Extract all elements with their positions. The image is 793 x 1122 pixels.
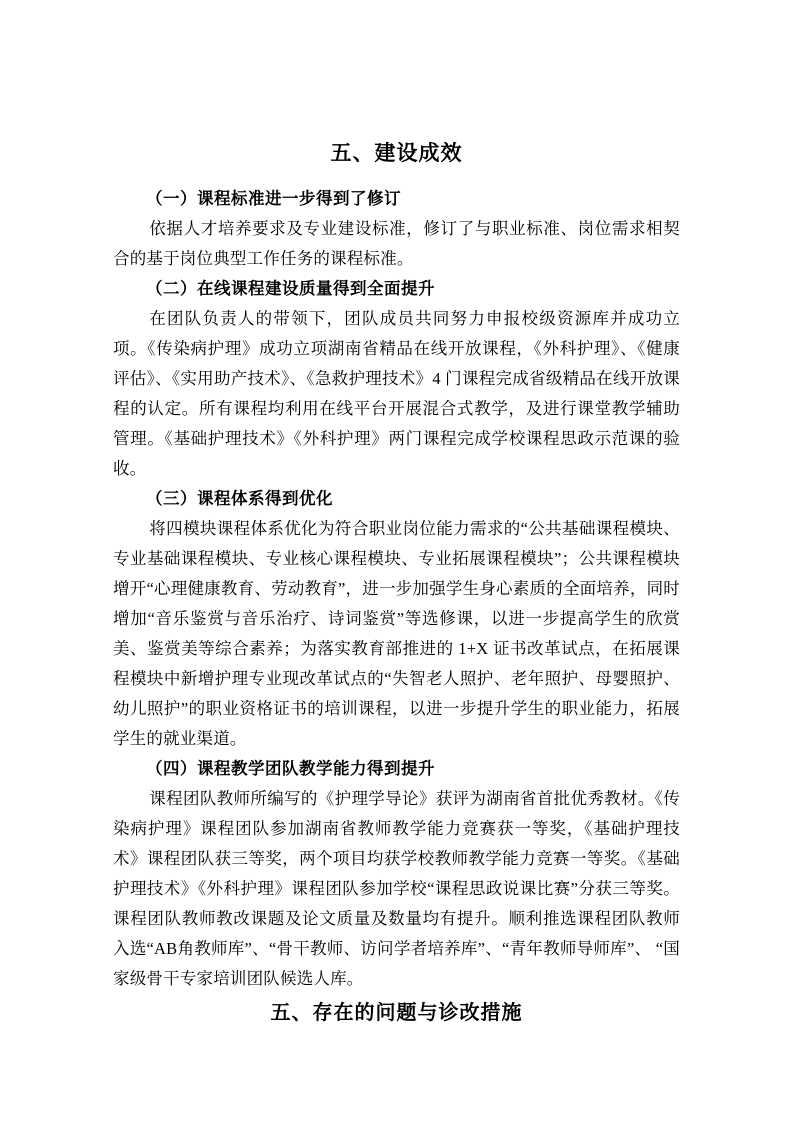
document-title: 五、建设成效 <box>113 140 680 167</box>
section-heading-4: （四）课程教学团队教学能力得到提升 <box>113 754 680 784</box>
section-3-paragraph: 将四模块课程体系优化为符合职业岗位能力需求的“公共基础课程模块、专业基础课程模块… <box>113 514 680 754</box>
document-page: 五、建设成效 （一）课程标准进一步得到了修订 依据人才培养要求及专业建设标准，修… <box>0 0 793 1122</box>
section-2-paragraph: 在团队负责人的带领下，团队成员共同努力申报校级资源库并成功立项。《传染病护理》成… <box>113 304 680 484</box>
section-heading-1: （一）课程标准进一步得到了修订 <box>113 184 680 214</box>
document-content: 五、建设成效 （一）课程标准进一步得到了修订 依据人才培养要求及专业建设标准，修… <box>113 140 680 1028</box>
section-4-paragraph: 课程团队教师所编写的《护理学导论》获评为湖南省首批优秀教材。《传染病护理》课程团… <box>113 784 680 994</box>
section-heading-2: （二）在线课程建设质量得到全面提升 <box>113 274 680 304</box>
section-1-paragraph: 依据人才培养要求及专业建设标准，修订了与职业标准、岗位需求相契合的基于岗位典型工… <box>113 214 680 274</box>
section-heading-3: （三）课程体系得到优化 <box>113 484 680 514</box>
next-section-title: 五、存在的问题与诊改措施 <box>113 998 680 1028</box>
